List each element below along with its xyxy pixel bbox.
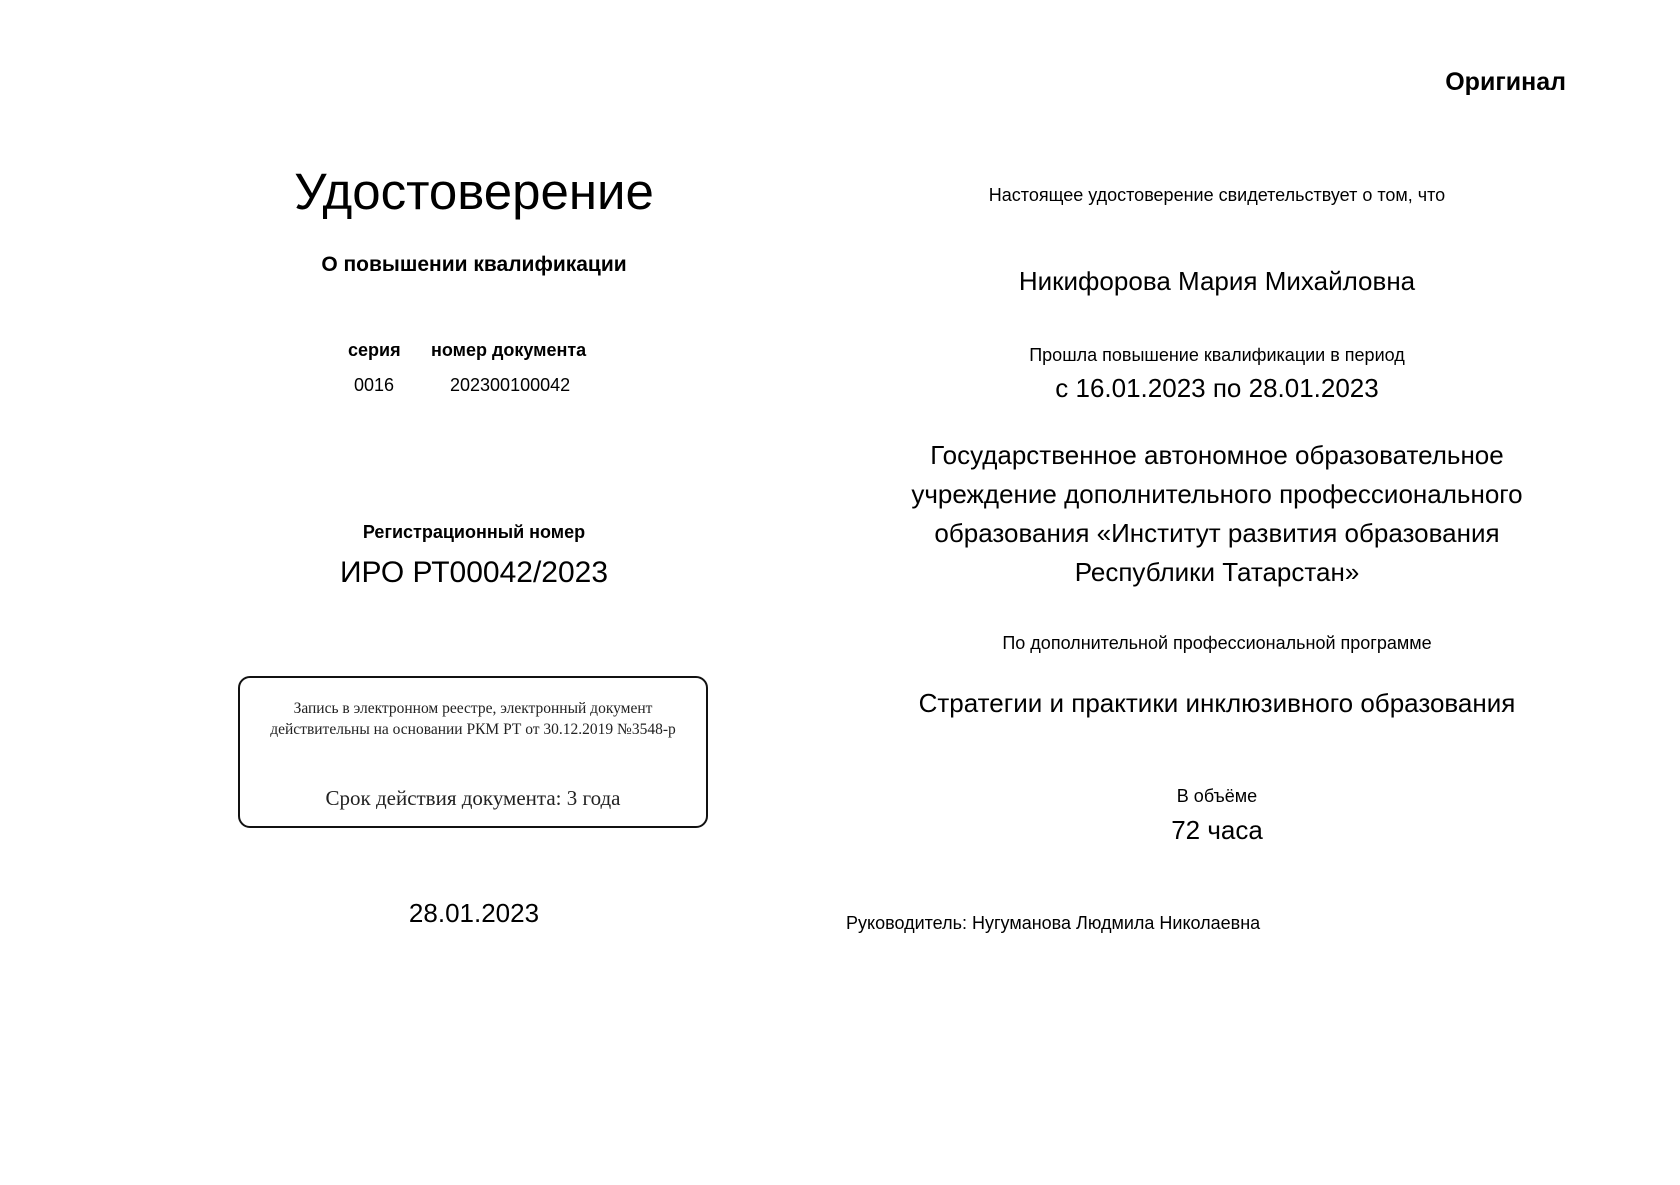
program-name: Стратегии и практики инклюзивного образо… [817, 688, 1617, 719]
series-value: 0016 [354, 375, 394, 396]
organization-line: Государственное автономное образовательн… [817, 436, 1617, 475]
organization-line: учреждение дополнительного профессиональ… [817, 475, 1617, 514]
document-subtitle: О повышении квалификации [174, 253, 774, 277]
volume-value: 72 часа [817, 815, 1617, 846]
validity-stamp: Запись в электронном реестре, электронны… [238, 676, 708, 828]
program-label: По дополнительной профессиональной прогр… [817, 633, 1617, 654]
organization-name: Государственное автономное образовательн… [817, 436, 1617, 592]
series-header: серия [348, 340, 401, 361]
certifies-text: Настоящее удостоверение свидетельствует … [817, 185, 1617, 206]
organization-line: образования «Институт развития образован… [817, 514, 1617, 553]
stamp-validity: Срок действия документа: 3 года [240, 786, 706, 811]
period-value: с 16.01.2023 по 28.01.2023 [817, 373, 1617, 404]
registration-number: ИРО РТ00042/2023 [174, 556, 774, 590]
stamp-line-1: Запись в электронном реестре, электронны… [240, 700, 706, 718]
document-number-header: номер документа [431, 340, 586, 361]
issue-date: 28.01.2023 [174, 898, 774, 929]
stamp-line-2: действительны на основании РКМ РТ от 30.… [240, 721, 706, 739]
document-title: Удостоверение [174, 162, 774, 221]
organization-line: Республики Татарстан» [817, 553, 1617, 592]
head-signature-line: Руководитель: Нугуманова Людмила Николае… [846, 913, 1260, 934]
document-number-value: 202300100042 [450, 375, 570, 396]
volume-label: В объёме [817, 786, 1617, 807]
registration-label: Регистрационный номер [174, 522, 774, 543]
original-label: Оригинал [1445, 68, 1566, 97]
period-label: Прошла повышение квалификации в период [817, 345, 1617, 366]
holder-full-name: Никифорова Мария Михайловна [817, 266, 1617, 297]
